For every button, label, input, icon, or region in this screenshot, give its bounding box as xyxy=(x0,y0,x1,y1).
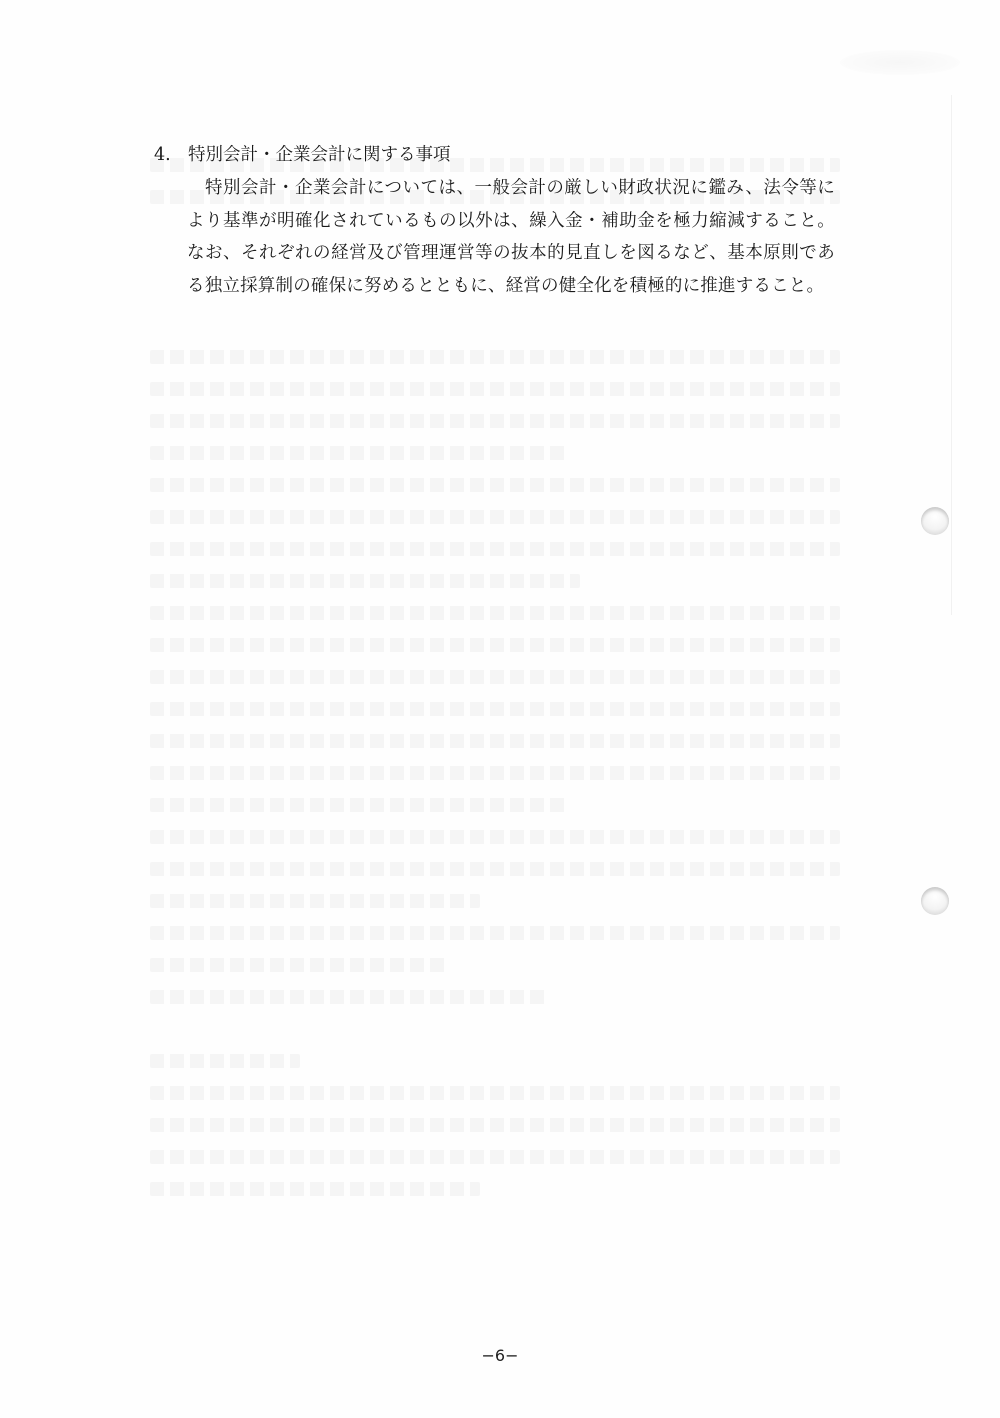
bleed-through-line xyxy=(150,798,570,812)
section-4: 4.特別会計・企業会計に関する事項 特別会計・企業会計については、一般会計の厳し… xyxy=(154,142,844,302)
punch-hole-lower xyxy=(921,887,949,915)
bleed-through-line xyxy=(150,862,840,876)
bleed-through-line xyxy=(150,1054,300,1068)
page-number: −6− xyxy=(0,1346,1000,1365)
bleed-through-line xyxy=(150,766,840,780)
bleed-through-line xyxy=(150,574,580,588)
bleed-through-line xyxy=(150,638,840,652)
scan-smudge xyxy=(840,50,960,75)
scan-edge-line xyxy=(951,95,952,615)
bleed-through-line xyxy=(150,382,840,396)
bleed-through-line xyxy=(150,446,570,460)
section-title: 特別会計・企業会計に関する事項 xyxy=(188,145,451,165)
reverse-side-show-through xyxy=(150,140,860,1220)
bleed-through-line xyxy=(150,542,840,556)
bleed-through-line xyxy=(150,702,840,716)
bleed-through-line xyxy=(150,510,840,524)
bleed-through-line xyxy=(150,990,550,1004)
bleed-through-line xyxy=(150,1118,840,1132)
bleed-through-line xyxy=(150,414,840,428)
bleed-through-line xyxy=(150,830,840,844)
scanned-page: 4.特別会計・企業会計に関する事項 特別会計・企業会計については、一般会計の厳し… xyxy=(0,0,1000,1418)
section-number: 4. xyxy=(154,142,188,168)
section-heading: 4.特別会計・企業会計に関する事項 xyxy=(154,142,844,168)
bleed-through-line xyxy=(150,1182,480,1196)
bleed-through-line xyxy=(150,670,840,684)
bleed-through-line xyxy=(150,350,840,364)
bleed-through-line xyxy=(150,926,840,940)
bleed-through-line xyxy=(150,478,840,492)
bleed-through-line xyxy=(150,1150,840,1164)
punch-hole-upper xyxy=(921,507,949,535)
section-paragraph: 特別会計・企業会計については、一般会計の厳しい財政状況に鑑み、法令等により基準が… xyxy=(187,172,835,302)
bleed-through-line xyxy=(150,958,450,972)
bleed-through-line xyxy=(150,894,480,908)
bleed-through-line xyxy=(150,1086,840,1100)
bleed-through-line xyxy=(150,734,840,748)
bleed-through-line xyxy=(150,606,840,620)
